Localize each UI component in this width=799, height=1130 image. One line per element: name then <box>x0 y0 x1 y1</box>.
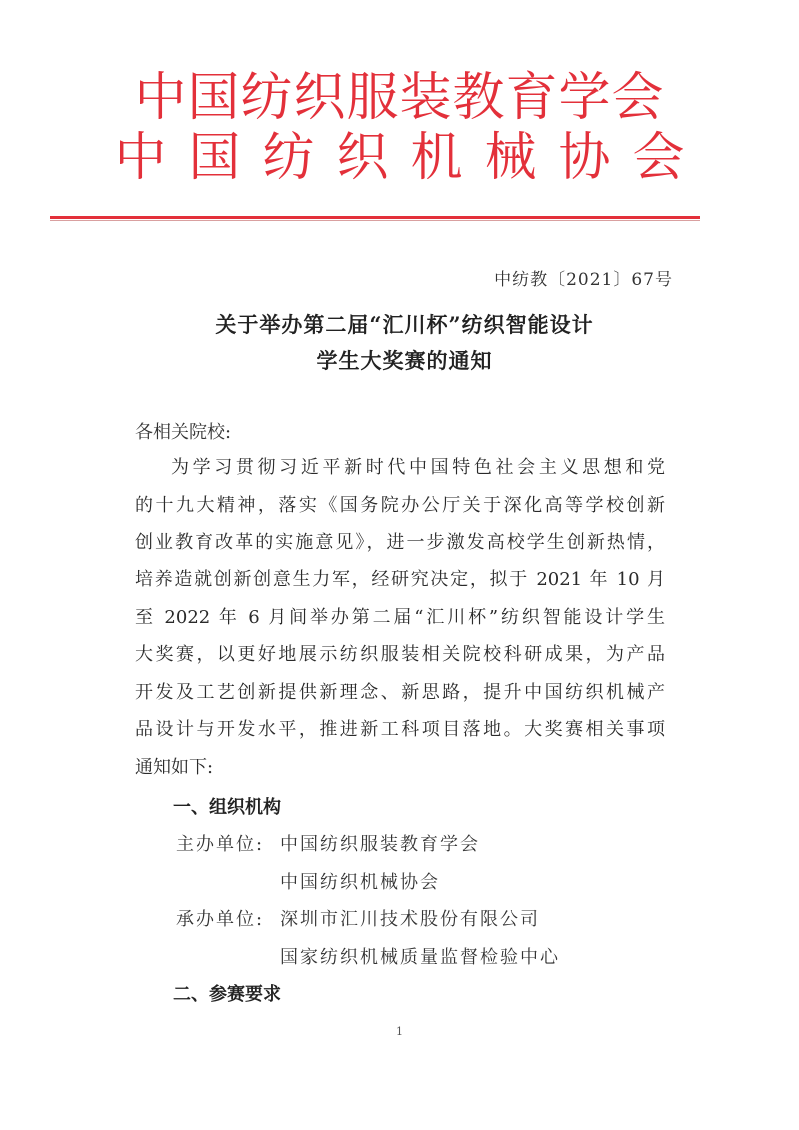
host-value: 中国纺织服装教育学会 <box>280 830 480 856</box>
body-line: 开发及工艺创新提供新理念、新思路，提升中国纺织机械产 <box>135 681 665 705</box>
body-line: 至 2022 年 6 月间举办第二届“汇川杯”纺织智能设计学生 <box>135 606 665 630</box>
organizer-label: 承办单位: <box>176 905 264 931</box>
body-line: 品设计与开发水平，推进新工科项目落地。大奖赛相关事项 <box>135 718 665 742</box>
body-line: 的十九大精神，落实《国务院办公厅关于深化高等学校创新 <box>135 494 665 518</box>
body-line: 为学习贯彻习近平新时代中国特色社会主义思想和党 <box>171 456 665 480</box>
body-line: 通知如下: <box>135 756 665 780</box>
letterhead-org-2: 中国纺织机械协会 <box>0 126 799 190</box>
section-heading-organization: 一、组织机构 <box>173 793 281 819</box>
host-value: 中国纺织机械协会 <box>280 868 440 894</box>
body-line: 培养造就创新创意生力军，经研究决定，拟于 2021 年 10 月 <box>135 568 665 592</box>
organizer-value: 国家纺织机械质量监督检验中心 <box>280 943 560 969</box>
section-heading-requirements: 二、参赛要求 <box>173 980 281 1006</box>
document-number: 中纺教〔2021〕67号 <box>494 265 673 290</box>
host-label: 主办单位: <box>176 830 264 856</box>
document-title-line-1: 关于举办第二届“汇川杯”纺织智能设计 <box>0 309 799 339</box>
body-line: 创业教育改革的实施意见》，进一步激发高校学生创新热情， <box>135 531 665 555</box>
organizer-value: 深圳市汇川技术股份有限公司 <box>280 905 540 931</box>
body-line: 大奖赛，以更好地展示纺织服装相关院校科研成果，为产品 <box>135 643 665 667</box>
letterhead-divider <box>50 216 700 219</box>
salutation: 各相关院校: <box>135 418 231 444</box>
document-title-line-2: 学生大奖赛的通知 <box>0 345 799 375</box>
page-number: 1 <box>0 1025 799 1038</box>
letterhead-divider-thin <box>50 220 700 221</box>
letterhead-org-1: 中国纺织服装教育学会 <box>0 66 799 130</box>
